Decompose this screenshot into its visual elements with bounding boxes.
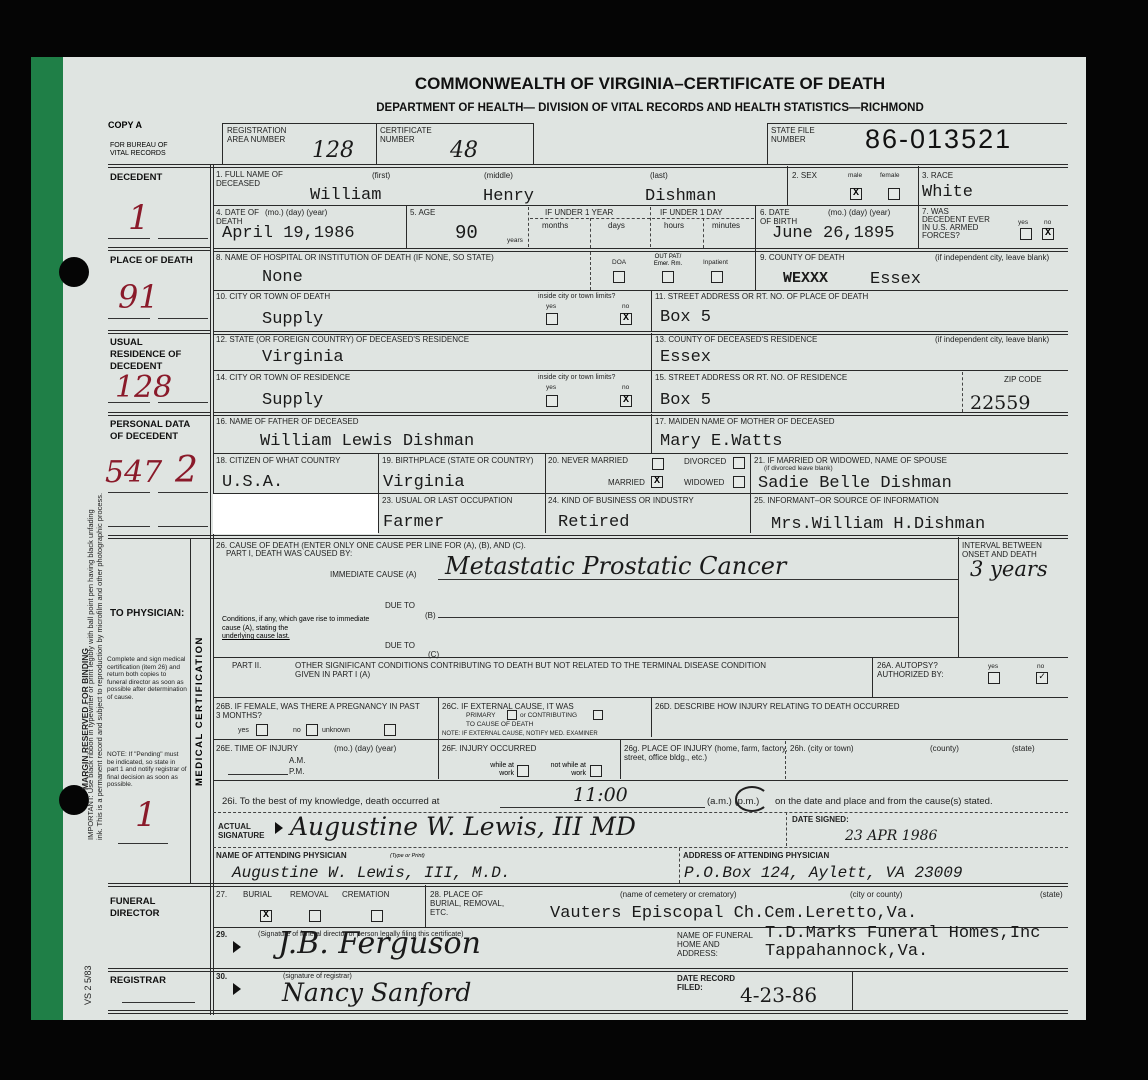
date-signed-label: DATE SIGNED:: [792, 815, 849, 824]
sex-female-checkbox[interactable]: [888, 188, 900, 200]
married-checkbox[interactable]: X: [651, 476, 663, 488]
autopsy-no-checkbox[interactable]: ✓: [1036, 672, 1048, 684]
director-signature[interactable]: J.B. Ferguson: [278, 926, 481, 961]
form-code: VS 2 5/83: [83, 965, 93, 1005]
state-note: (state): [1040, 890, 1063, 899]
signature-arrow-icon: [275, 822, 283, 834]
physician-name[interactable]: Augustine W. Lewis, III, M.D.: [232, 864, 510, 882]
field-26e-label: 26e. TIME OF INJURY: [216, 744, 298, 753]
part2-label: PART II.: [232, 661, 261, 670]
immediate-cause-label: IMMEDIATE CAUSE (A): [330, 570, 417, 579]
state-file-label: STATE FILE NUMBER: [771, 126, 831, 144]
section-decedent: DECEDENT: [110, 172, 162, 184]
registration-area-label: REGISTRATION AREA NUMBER: [227, 126, 307, 144]
copy-note: FOR BUREAU OF VITAL RECORDS: [110, 142, 168, 158]
green-binding-strip: [31, 57, 63, 1020]
county-of-death-struck: WEXXX: [783, 270, 828, 287]
field-2-label: 2. SEX: [792, 171, 817, 180]
field-26i-text: 26i. To the best of my knowledge, death …: [222, 796, 439, 807]
birthplace[interactable]: Virginia: [383, 473, 465, 492]
inpatient-label: Inpatient: [703, 258, 728, 267]
zip-label: ZIP CODE: [1004, 375, 1042, 384]
field-27-label: 27.: [216, 890, 227, 899]
physician-address[interactable]: P.O.Box 124, Aylett, VA 23009: [684, 864, 962, 882]
date-filed-label: DATE RECORD FILED:: [677, 974, 747, 992]
mother-name[interactable]: Mary E.Watts: [660, 432, 782, 451]
middle-name[interactable]: Henry: [483, 187, 534, 206]
under-1-day-label: IF UNDER 1 DAY: [660, 208, 723, 217]
female-label: female: [880, 171, 900, 180]
time-of-death[interactable]: 11:00: [573, 784, 628, 806]
part2-text: OTHER SIGNIFICANT CONDITIONS CONTRIBUTIN…: [295, 661, 775, 679]
armed-no-checkbox[interactable]: X: [1042, 228, 1054, 240]
pregnancy-unknown-label: unknown: [322, 726, 350, 735]
married-label: MARRIED: [608, 478, 645, 487]
burial-checkbox[interactable]: X: [260, 910, 272, 922]
conditions-note: Conditions, if any, which gave rise to i…: [222, 615, 370, 633]
pregnancy-no-checkbox[interactable]: [306, 724, 318, 736]
registration-area-value[interactable]: 128: [312, 138, 354, 163]
first-name[interactable]: William: [310, 186, 381, 205]
section-funeral-director: FUNERAL DIRECTOR: [110, 896, 190, 920]
autopsy-no-label: no: [1037, 662, 1044, 671]
field-20-label: 20. NEVER MARRIED: [548, 456, 628, 465]
divorced-checkbox[interactable]: [733, 457, 745, 469]
middle-label: (middle): [484, 171, 513, 180]
injury-county-label: (county): [930, 744, 959, 753]
armed-yes-label: yes: [1018, 218, 1028, 227]
date-filed[interactable]: 4-23-86: [740, 983, 817, 1007]
state-file-value[interactable]: 86-013521: [865, 124, 1012, 155]
physician-address-label: ADDRESS OF ATTENDING PHYSICIAN: [683, 851, 829, 860]
to-cause-label: TO CAUSE OF DEATH: [466, 721, 533, 729]
section-to-physician: TO PHYSICIAN:: [110, 608, 190, 620]
contributing-label: or CONTRIBUTING: [520, 712, 577, 720]
field-9-note: (if independent city, leave blank): [935, 253, 1049, 262]
limits-no-label: no: [622, 302, 629, 311]
field-26i-suffix: on the date and place and from the cause…: [775, 796, 993, 807]
while-work-label: while at work: [478, 762, 514, 778]
external-note: NOTE: IF EXTERNAL CAUSE, NOTIFY MED. EXA…: [442, 730, 598, 738]
city-residence[interactable]: Supply: [262, 391, 323, 410]
armed-no-label: no: [1044, 218, 1051, 227]
industry[interactable]: Retired: [558, 513, 629, 532]
zip-code[interactable]: 22559: [970, 392, 1030, 414]
citizen-country[interactable]: U.S.A.: [222, 473, 283, 492]
injury-state-label: (state): [1012, 744, 1035, 753]
field-25-label: 25. INFORMANT–OR SOURCE OF INFORMATION: [754, 496, 939, 505]
minutes-label: minutes: [712, 221, 740, 230]
not-while-work-label: not while at work: [540, 762, 586, 778]
race[interactable]: White: [922, 183, 973, 202]
field-10-label: 10. CITY OR TOWN OF DEATH: [216, 292, 330, 301]
city-of-death[interactable]: Supply: [262, 310, 323, 329]
field-1-label: 1. FULL NAME OF DECEASED: [216, 170, 286, 188]
field-12-label: 12. STATE (OR FOREIGN COUNTRY) OF DECEAS…: [216, 335, 469, 344]
important-note-1: IMPORTANT: Use black ribbon in typewrite…: [86, 509, 95, 840]
field-19-label: 19. BIRTHPLACE (state or country): [382, 456, 533, 465]
form-subtitle: DEPARTMENT OF HEALTH— DIVISION OF VITAL …: [230, 102, 1070, 114]
section-place-of-death: PLACE OF DEATH: [110, 255, 200, 267]
field-13-label: 13. COUNTY OF DECEASED'S RESIDENCE: [655, 335, 817, 344]
pm-label: P.M.: [289, 767, 304, 776]
burial-label: BURIAL: [243, 890, 272, 899]
months-label: months: [542, 221, 568, 230]
personal-data-code-a: 547: [105, 455, 162, 490]
res-limits-no-checkbox[interactable]: X: [620, 395, 632, 407]
registrar-arrow-icon: [233, 983, 241, 995]
field-26d-label: 26d. DESCRIBE HOW INJURY RELATING TO DEA…: [655, 702, 899, 711]
res-no-label: no: [622, 383, 629, 392]
never-married-checkbox[interactable]: [652, 458, 664, 470]
place-of-death-code: 91: [118, 278, 159, 316]
decedent-code: 1: [128, 198, 150, 238]
primary-checkbox[interactable]: [507, 710, 517, 720]
section-personal-data: PERSONAL DATA OF DECEDENT: [110, 419, 200, 443]
field-3-label: 3. RACE: [922, 171, 953, 180]
physician-name-label: NAME OF ATTENDING PHYSICIAN: [216, 851, 347, 860]
physician-code: 1: [135, 795, 157, 835]
informant[interactable]: Mrs.William H.Dishman: [771, 515, 985, 534]
field-14-label: 14. CITY OR TOWN OF RESIDENCE: [216, 373, 350, 382]
sex-male-checkbox[interactable]: X: [850, 188, 862, 200]
hospital[interactable]: None: [262, 268, 303, 287]
due-to-b-label: DUE TO: [385, 601, 415, 610]
usual-residence-code: 128: [115, 370, 172, 405]
funeral-home-label: NAME OF FUNERAL HOME AND ADDRESS:: [677, 931, 757, 958]
primary-label: PRIMARY: [466, 712, 496, 720]
registrar-signature[interactable]: Nancy Sanford: [282, 978, 471, 1007]
physician-name-note: (Type or Print): [390, 853, 425, 859]
field-28-label: 28. PLACE OF BURIAL, REMOVAL, ETC.: [430, 890, 508, 917]
autopsy-yes-checkbox[interactable]: [988, 672, 1000, 684]
copy-label: COPY A: [108, 120, 142, 130]
inside-limits-label: inside city or town limits?: [538, 292, 615, 301]
street-residence[interactable]: Box 5: [660, 391, 711, 410]
age[interactable]: 90: [455, 222, 478, 244]
cremation-label: CREMATION: [342, 890, 389, 899]
conditions-note-2: underlying cause last.: [222, 633, 290, 640]
autopsy-label: 26a. AUTOPSY? AUTHORIZED BY:: [877, 661, 947, 679]
field-11-label: 11. STREET ADDRESS OR RT. NO. OF PLACE O…: [655, 292, 868, 301]
date-signed[interactable]: 23 APR 1986: [845, 828, 937, 844]
days-label: days: [608, 221, 625, 230]
inside-limits-label-2: inside city or town limits?: [538, 373, 615, 382]
last-name[interactable]: Dishman: [645, 187, 716, 206]
removal-label: REMOVAL: [290, 890, 329, 899]
state-residence[interactable]: Virginia: [262, 348, 344, 367]
street-of-death[interactable]: Box 5: [660, 308, 711, 327]
outpat-label: OUT PAT/ Emer. Rm.: [650, 254, 686, 267]
death-limits-yes-checkbox[interactable]: [546, 313, 558, 325]
field-26g-label: 26g. PLACE OF INJURY (home, farm, factor…: [624, 744, 789, 762]
male-label: male: [848, 171, 862, 180]
field-24-label: 24. KIND OF BUSINESS OR INDUSTRY: [548, 496, 694, 505]
cemetery-note: (name of cemetery or crematory): [620, 890, 736, 899]
hours-label: hours: [664, 221, 684, 230]
funeral-home-line1[interactable]: T.D.Marks Funeral Homes,Inc: [765, 924, 1040, 943]
medical-certification-label: MEDICAL CERTIFICATION: [194, 636, 205, 786]
date-of-death-sub: (mo.) (day) (year): [265, 208, 327, 217]
funeral-home-line2[interactable]: Tappahannock,Va.: [765, 942, 928, 961]
pending-note: NOTE: If "Pending" must be indicated, so…: [107, 751, 187, 789]
section-usual-residence: USUAL RESIDENCE OF DECEDENT: [110, 337, 200, 373]
due-to-c-label: DUE TO: [385, 641, 415, 650]
occupation[interactable]: Farmer: [383, 513, 444, 532]
pm-circle: [735, 786, 769, 812]
physician-signature[interactable]: Augustine W. Lewis, III MD: [290, 812, 636, 841]
field-17-label: 17. MAIDEN NAME OF MOTHER OF DECEASED: [655, 417, 835, 426]
field-21-note: (if divorced leave blank): [764, 464, 833, 473]
widowed-checkbox[interactable]: [733, 476, 745, 488]
blank-field-22: [213, 494, 378, 534]
pregnancy-yes-checkbox[interactable]: [256, 724, 268, 736]
field-15-label: 15. STREET ADDRESS OR RT. NO. OF RESIDEN…: [655, 373, 847, 382]
b-label: (B): [425, 611, 436, 620]
removal-checkbox[interactable]: [309, 910, 321, 922]
res-yes-label: yes: [546, 383, 556, 392]
autopsy-yes-label: yes: [988, 662, 998, 671]
field-26b-label: 26b. IF FEMALE, WAS THERE A PREGNANCY IN…: [216, 702, 426, 720]
city-county-note: (city or county): [850, 890, 902, 899]
punch-hole-icon: [59, 257, 89, 287]
director-arrow-icon: [233, 941, 241, 953]
date-of-death[interactable]: April 19,1986: [222, 224, 355, 243]
cremation-checkbox[interactable]: [371, 910, 383, 922]
important-note-2: ink. This is a permanent record and subj…: [95, 493, 104, 840]
first-label: (first): [372, 171, 390, 180]
field-29-label: 29.: [216, 930, 227, 939]
while-work-checkbox[interactable]: [517, 765, 529, 777]
am-label: A.M.: [289, 756, 305, 765]
field-13-note: (if independent city, leave blank): [935, 335, 1049, 344]
age-unit: years: [507, 236, 523, 245]
field-30-label: 30.: [216, 972, 227, 981]
field-16-label: 16. NAME OF FATHER OF DECEASED: [216, 417, 359, 426]
doa-checkbox[interactable]: [613, 271, 625, 283]
divorced-label: DIVORCED: [684, 457, 726, 466]
contributing-checkbox[interactable]: [593, 710, 603, 720]
doa-label: DOA: [612, 258, 626, 267]
armed-yes-checkbox[interactable]: [1020, 228, 1032, 240]
pregnancy-no-label: no: [293, 726, 301, 735]
under-1-year-label: IF UNDER 1 YEAR: [545, 208, 613, 217]
immediate-cause[interactable]: Metastatic Prostatic Cancer: [445, 552, 786, 580]
field-9-label: 9. COUNTY OF DEATH: [760, 253, 845, 262]
county-of-death[interactable]: Essex: [870, 270, 921, 289]
physician-instructions: Complete and sign medical certification …: [107, 656, 187, 701]
field-23-label: 23. USUAL OR LAST OCCUPATION: [382, 496, 512, 505]
personal-data-code-b: 2: [175, 450, 198, 491]
dob-sub: (mo.) (day) (year): [828, 208, 890, 217]
signature-label: ACTUAL SIGNATURE: [218, 822, 268, 840]
certificate-number-label: CERTIFICATE NUMBER: [380, 126, 450, 144]
field-5-label: 5. AGE: [410, 208, 435, 217]
interval-value[interactable]: 3 years: [970, 557, 1048, 581]
county-residence[interactable]: Essex: [660, 348, 711, 367]
field-8-label: 8. NAME OF HOSPITAL OR INSTITUTION OF DE…: [216, 253, 494, 262]
field-26h-label: 26h. (city or town): [790, 744, 854, 753]
pregnancy-unknown-checkbox[interactable]: [384, 724, 396, 736]
section-registrar: REGISTRAR: [110, 975, 166, 987]
place-of-burial[interactable]: Vauters Episcopal Ch.Cem.Leretto,Va.: [550, 904, 917, 923]
outpat-checkbox[interactable]: [662, 271, 674, 283]
field-18-label: 18. CITIZEN OF WHAT COUNTRY: [216, 456, 340, 465]
not-while-work-checkbox[interactable]: [590, 765, 602, 777]
res-limits-yes-checkbox[interactable]: [546, 395, 558, 407]
part1-label: PART I, DEATH WAS CAUSED BY:: [226, 549, 352, 558]
limits-yes-label: yes: [546, 302, 556, 311]
death-limits-no-checkbox[interactable]: X: [620, 313, 632, 325]
pregnancy-yes-label: yes: [238, 726, 249, 735]
last-label: (last): [650, 171, 668, 180]
inpatient-checkbox[interactable]: [711, 271, 723, 283]
certificate-number-value[interactable]: 48: [450, 138, 478, 163]
father-name[interactable]: William Lewis Dishman: [260, 432, 474, 451]
widowed-label: WIDOWED: [684, 478, 724, 487]
field-26f-label: 26f. INJURY OCCURRED: [442, 744, 536, 753]
field-26e-sub: (mo.) (day) (year): [334, 744, 396, 753]
date-of-birth[interactable]: June 26,1895: [772, 224, 894, 243]
spouse-name[interactable]: Sadie Belle Dishman: [758, 474, 952, 493]
field-7-label: 7. WAS DECEDENT EVER IN U.S. ARMED FORCE…: [922, 208, 994, 240]
form-title: COMMONWEALTH OF VIRGINIA–CERTIFICATE OF …: [230, 74, 1070, 94]
